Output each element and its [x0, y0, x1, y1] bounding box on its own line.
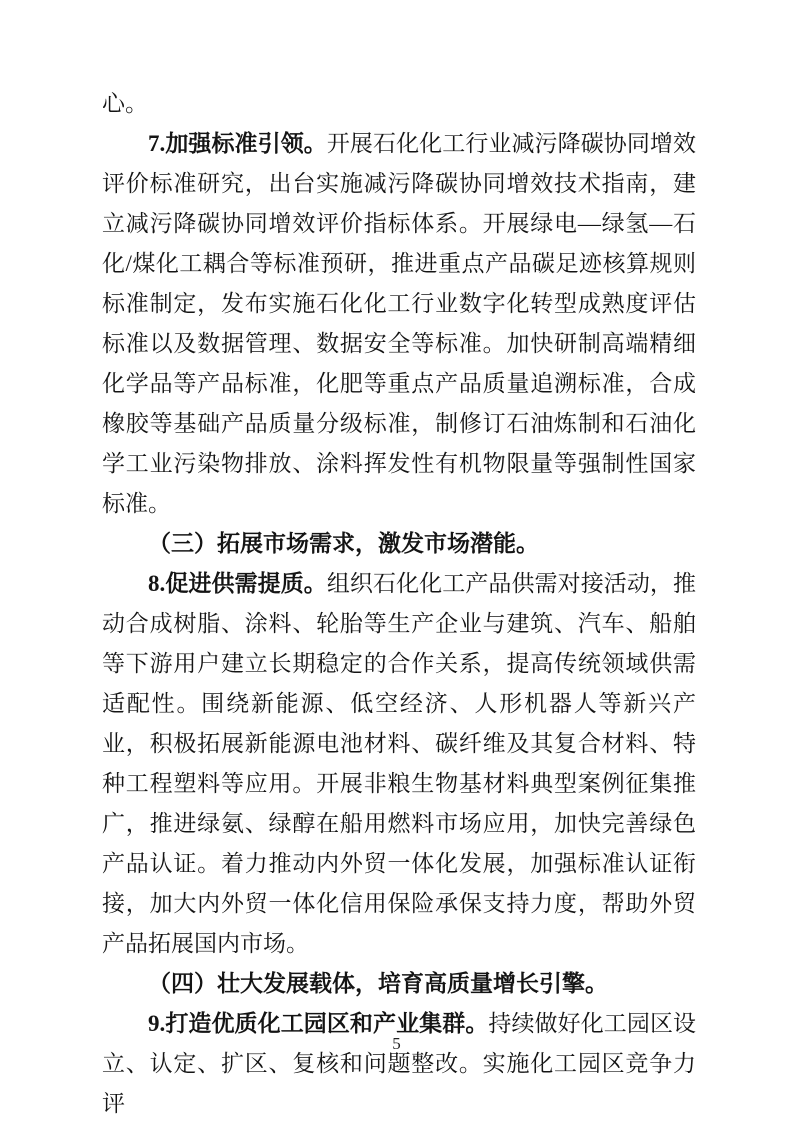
page-number: 5	[0, 1032, 793, 1056]
document-body: 心。 7.加强标准引领。开展石化化工行业减污降碳协同增效评价标准研究，出台实施减…	[102, 84, 696, 1122]
paragraph-item-7: 7.加强标准引领。开展石化化工行业减污降碳协同增效评价标准研究，出台实施减污降碳…	[102, 124, 696, 524]
paragraph-continuation-tail: 心。	[102, 84, 696, 124]
section-heading-three: （三）拓展市场需求，激发市场潜能。	[102, 524, 696, 564]
document-page: 心。 7.加强标准引领。开展石化化工行业减污降碳协同增效评价标准研究，出台实施减…	[0, 0, 793, 1122]
paragraph-item-7-text: 开展石化化工行业减污降碳协同增效评价标准研究，出台实施减污降碳协同增效技术指南，…	[102, 131, 696, 516]
section-heading-four: （四）壮大发展载体，培育高质量增长引擎。	[102, 964, 696, 1004]
paragraph-item-7-lead: 7.加强标准引领。	[148, 131, 327, 156]
paragraph-item-9: 9.打造优质化工园区和产业集群。持续做好化工园区设立、认定、扩区、复核和问题整改…	[102, 1004, 696, 1122]
paragraph-item-8-text: 组织石化化工产品供需对接活动，推动合成树脂、涂料、轮胎等生产企业与建筑、汽车、船…	[102, 571, 696, 956]
paragraph-item-8: 8.促进供需提质。组织石化化工产品供需对接活动，推动合成树脂、涂料、轮胎等生产企…	[102, 564, 696, 964]
paragraph-item-8-lead: 8.促进供需提质。	[148, 571, 327, 596]
